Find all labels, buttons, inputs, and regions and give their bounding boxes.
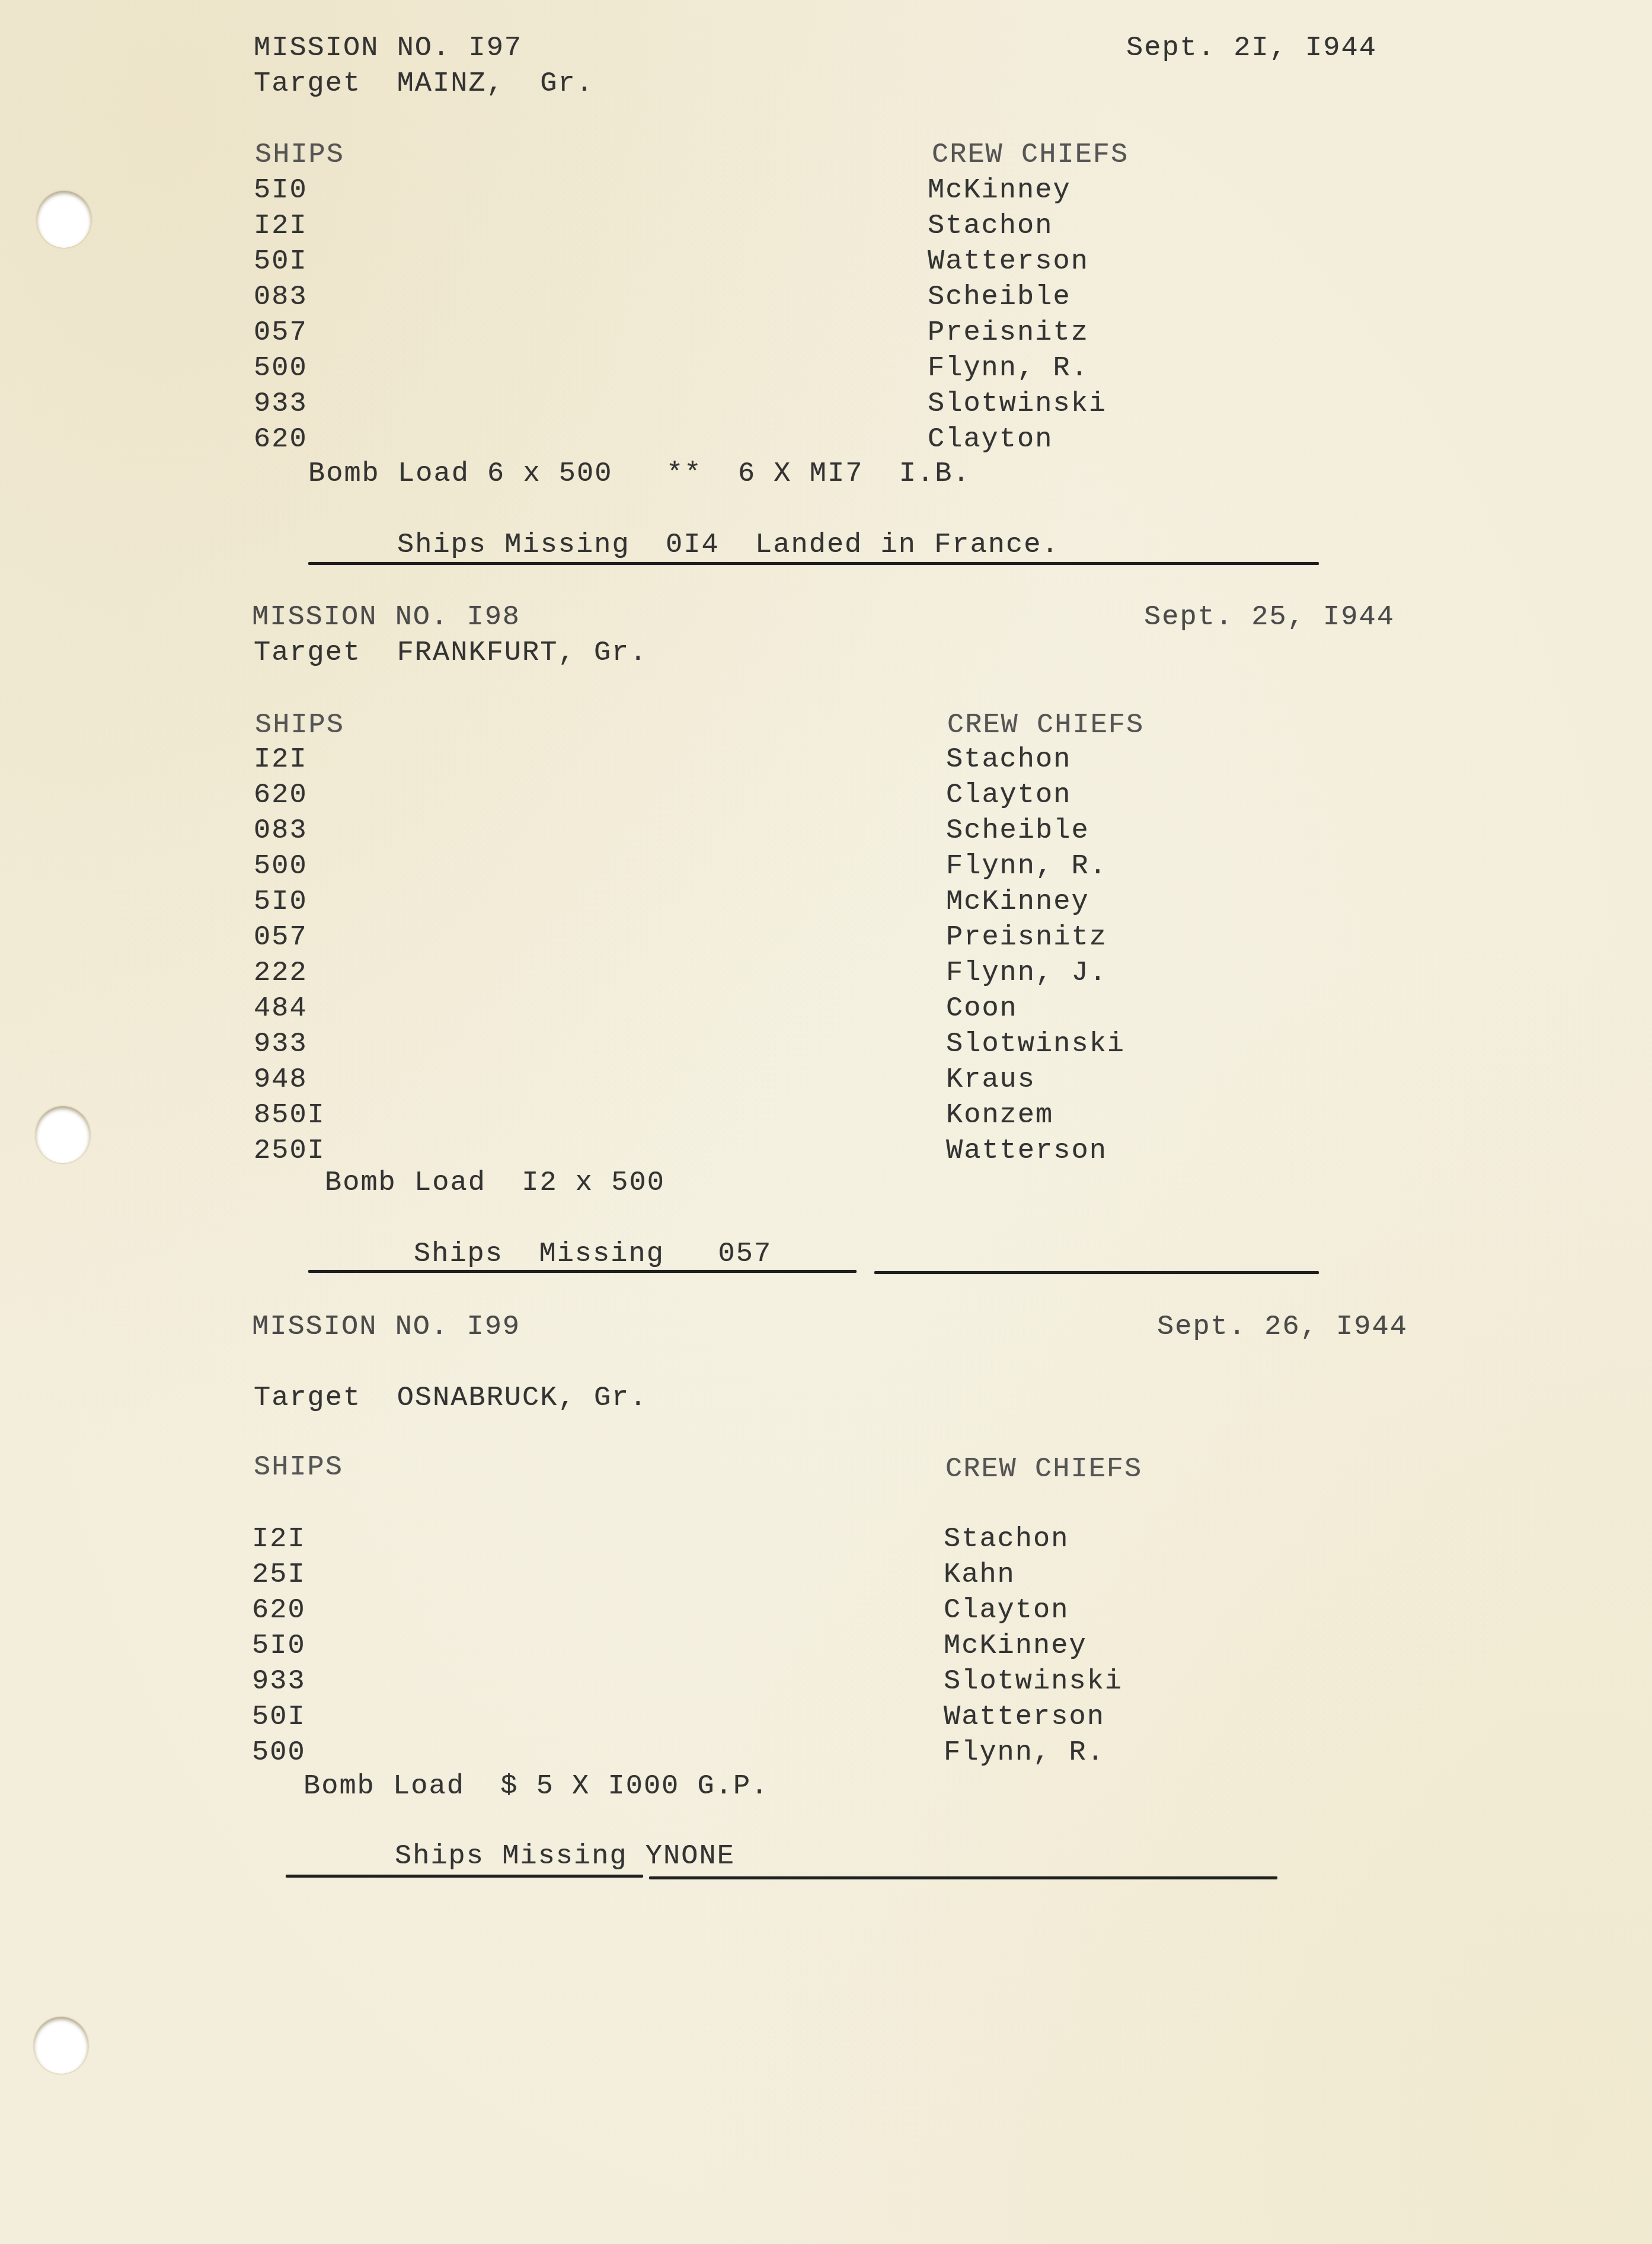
punch-hole-top xyxy=(37,191,91,248)
crew-chief-name: Slotwinski xyxy=(944,1668,1123,1703)
crew-chief-name: Slotwinski xyxy=(928,390,1107,426)
crew-chiefs-column-header: CREW CHIEFS xyxy=(932,141,1129,169)
ship-number: 500 xyxy=(254,853,325,888)
crew-chief-name: Clayton xyxy=(928,426,1107,461)
ship-number: 620 xyxy=(254,426,308,461)
mission-number: MISSION NO. I97 xyxy=(254,34,522,62)
crew-chief-name: Scheible xyxy=(928,283,1107,319)
ship-number: 933 xyxy=(252,1668,306,1703)
section-divider xyxy=(874,1271,1319,1274)
crew-chief-name: Watterson xyxy=(928,248,1107,283)
ship-number: 50I xyxy=(254,248,308,283)
crew-chief-name: McKinney xyxy=(944,1632,1123,1668)
crew-chief-name: Flynn, R. xyxy=(928,355,1107,390)
ship-number: 057 xyxy=(254,924,325,959)
ship-number: 250I xyxy=(254,1137,325,1173)
crew-chief-name: Clayton xyxy=(944,1597,1123,1632)
crew-chief-name: McKinney xyxy=(928,177,1107,212)
ship-number: 620 xyxy=(252,1597,306,1632)
ship-number: 850I xyxy=(254,1102,325,1137)
crew-chief-name: Coon xyxy=(946,995,1125,1030)
bomb-load: Bomb Load $ 5 X I000 G.P. xyxy=(303,1773,769,1801)
ships-list: I2I 25I 620 5I0 933 50I 500 xyxy=(252,1525,306,1774)
ship-number: 620 xyxy=(254,781,325,817)
ship-number: 948 xyxy=(254,1066,325,1102)
crew-chief-name: Kraus xyxy=(946,1066,1125,1102)
punch-hole-bottom xyxy=(34,2017,88,2074)
ship-number: 083 xyxy=(254,817,325,853)
ship-number: 5I0 xyxy=(254,888,325,924)
ship-number: 25I xyxy=(252,1561,306,1597)
crew-chief-name: Watterson xyxy=(946,1137,1125,1173)
section-divider xyxy=(308,1270,857,1273)
ship-number: I2I xyxy=(252,1525,306,1561)
mission-target: Target MAINZ, Gr. xyxy=(254,70,594,98)
crew-chief-name: Flynn, R. xyxy=(946,853,1125,888)
ship-number: 5I0 xyxy=(254,177,308,212)
crew-chief-name: Konzem xyxy=(946,1102,1125,1137)
ships-list: 5I0 I2I 50I 083 057 500 933 620 xyxy=(254,177,308,461)
ship-number: 933 xyxy=(254,1030,325,1066)
crew-chief-name: Kahn xyxy=(944,1561,1123,1597)
crew-chief-name: Stachon xyxy=(946,746,1125,781)
crew-chief-name: Clayton xyxy=(946,781,1125,817)
ships-missing: Ships Missing 0I4 Landed in France. xyxy=(397,531,1060,559)
section-divider xyxy=(286,1875,643,1878)
ship-number: 933 xyxy=(254,390,308,426)
section-divider xyxy=(649,1876,1277,1879)
ships-column-header: SHIPS xyxy=(254,1454,343,1482)
crew-chiefs-column-header: CREW CHIEFS xyxy=(947,711,1144,739)
mission-target: Target FRANKFURT, Gr. xyxy=(254,639,648,667)
ships-column-header: SHIPS xyxy=(255,141,344,169)
ship-number: 50I xyxy=(252,1703,306,1739)
ships-column-header: SHIPS xyxy=(255,711,344,739)
ship-number: I2I xyxy=(254,212,308,248)
ship-number: 500 xyxy=(252,1739,306,1774)
ship-number: 222 xyxy=(254,959,325,995)
punch-hole-middle xyxy=(36,1106,90,1163)
crew-chief-name: Preisnitz xyxy=(946,924,1125,959)
ships-list: I2I 620 083 500 5I0 057 222 484 933 948 … xyxy=(254,746,325,1173)
bomb-load: Bomb Load 6 x 500 ** 6 X MI7 I.B. xyxy=(308,460,971,488)
crew-chief-name: Flynn, J. xyxy=(946,959,1125,995)
ship-number: 057 xyxy=(254,319,308,355)
mission-date: Sept. 25, I944 xyxy=(1144,604,1395,631)
crew-chief-name: Flynn, R. xyxy=(944,1739,1123,1774)
crew-chief-name: Scheible xyxy=(946,817,1125,853)
crew-chief-name: Stachon xyxy=(928,212,1107,248)
crew-chief-name: Slotwinski xyxy=(946,1030,1125,1066)
crew-chief-name: Preisnitz xyxy=(928,319,1107,355)
ship-number: 484 xyxy=(254,995,325,1030)
section-divider xyxy=(308,562,1319,565)
crew-chiefs-column-header: CREW CHIEFS xyxy=(945,1455,1142,1483)
crew-chief-name: Watterson xyxy=(944,1703,1123,1739)
crew-chiefs-list: Stachon Clayton Scheible Flynn, R. McKin… xyxy=(946,746,1125,1173)
ship-number: 083 xyxy=(254,283,308,319)
crew-chief-name: McKinney xyxy=(946,888,1125,924)
bomb-load: Bomb Load I2 x 500 xyxy=(325,1169,665,1197)
ship-number: 500 xyxy=(254,355,308,390)
crew-chiefs-list: Stachon Kahn Clayton McKinney Slotwinski… xyxy=(944,1525,1123,1774)
mission-target: Target OSNABRUCK, Gr. xyxy=(254,1384,648,1412)
ship-number: 5I0 xyxy=(252,1632,306,1668)
mission-number: MISSION NO. I98 xyxy=(252,604,520,631)
crew-chief-name: Stachon xyxy=(944,1525,1123,1561)
ship-number: I2I xyxy=(254,746,325,781)
crew-chiefs-list: McKinney Stachon Watterson Scheible Prei… xyxy=(928,177,1107,461)
ships-missing: Ships Missing YNONE xyxy=(395,1843,735,1870)
mission-date: Sept. 26, I944 xyxy=(1157,1313,1408,1341)
mission-date: Sept. 2I, I944 xyxy=(1126,34,1377,62)
ships-missing: Ships Missing 057 xyxy=(414,1240,772,1268)
mission-number: MISSION NO. I99 xyxy=(252,1313,520,1341)
